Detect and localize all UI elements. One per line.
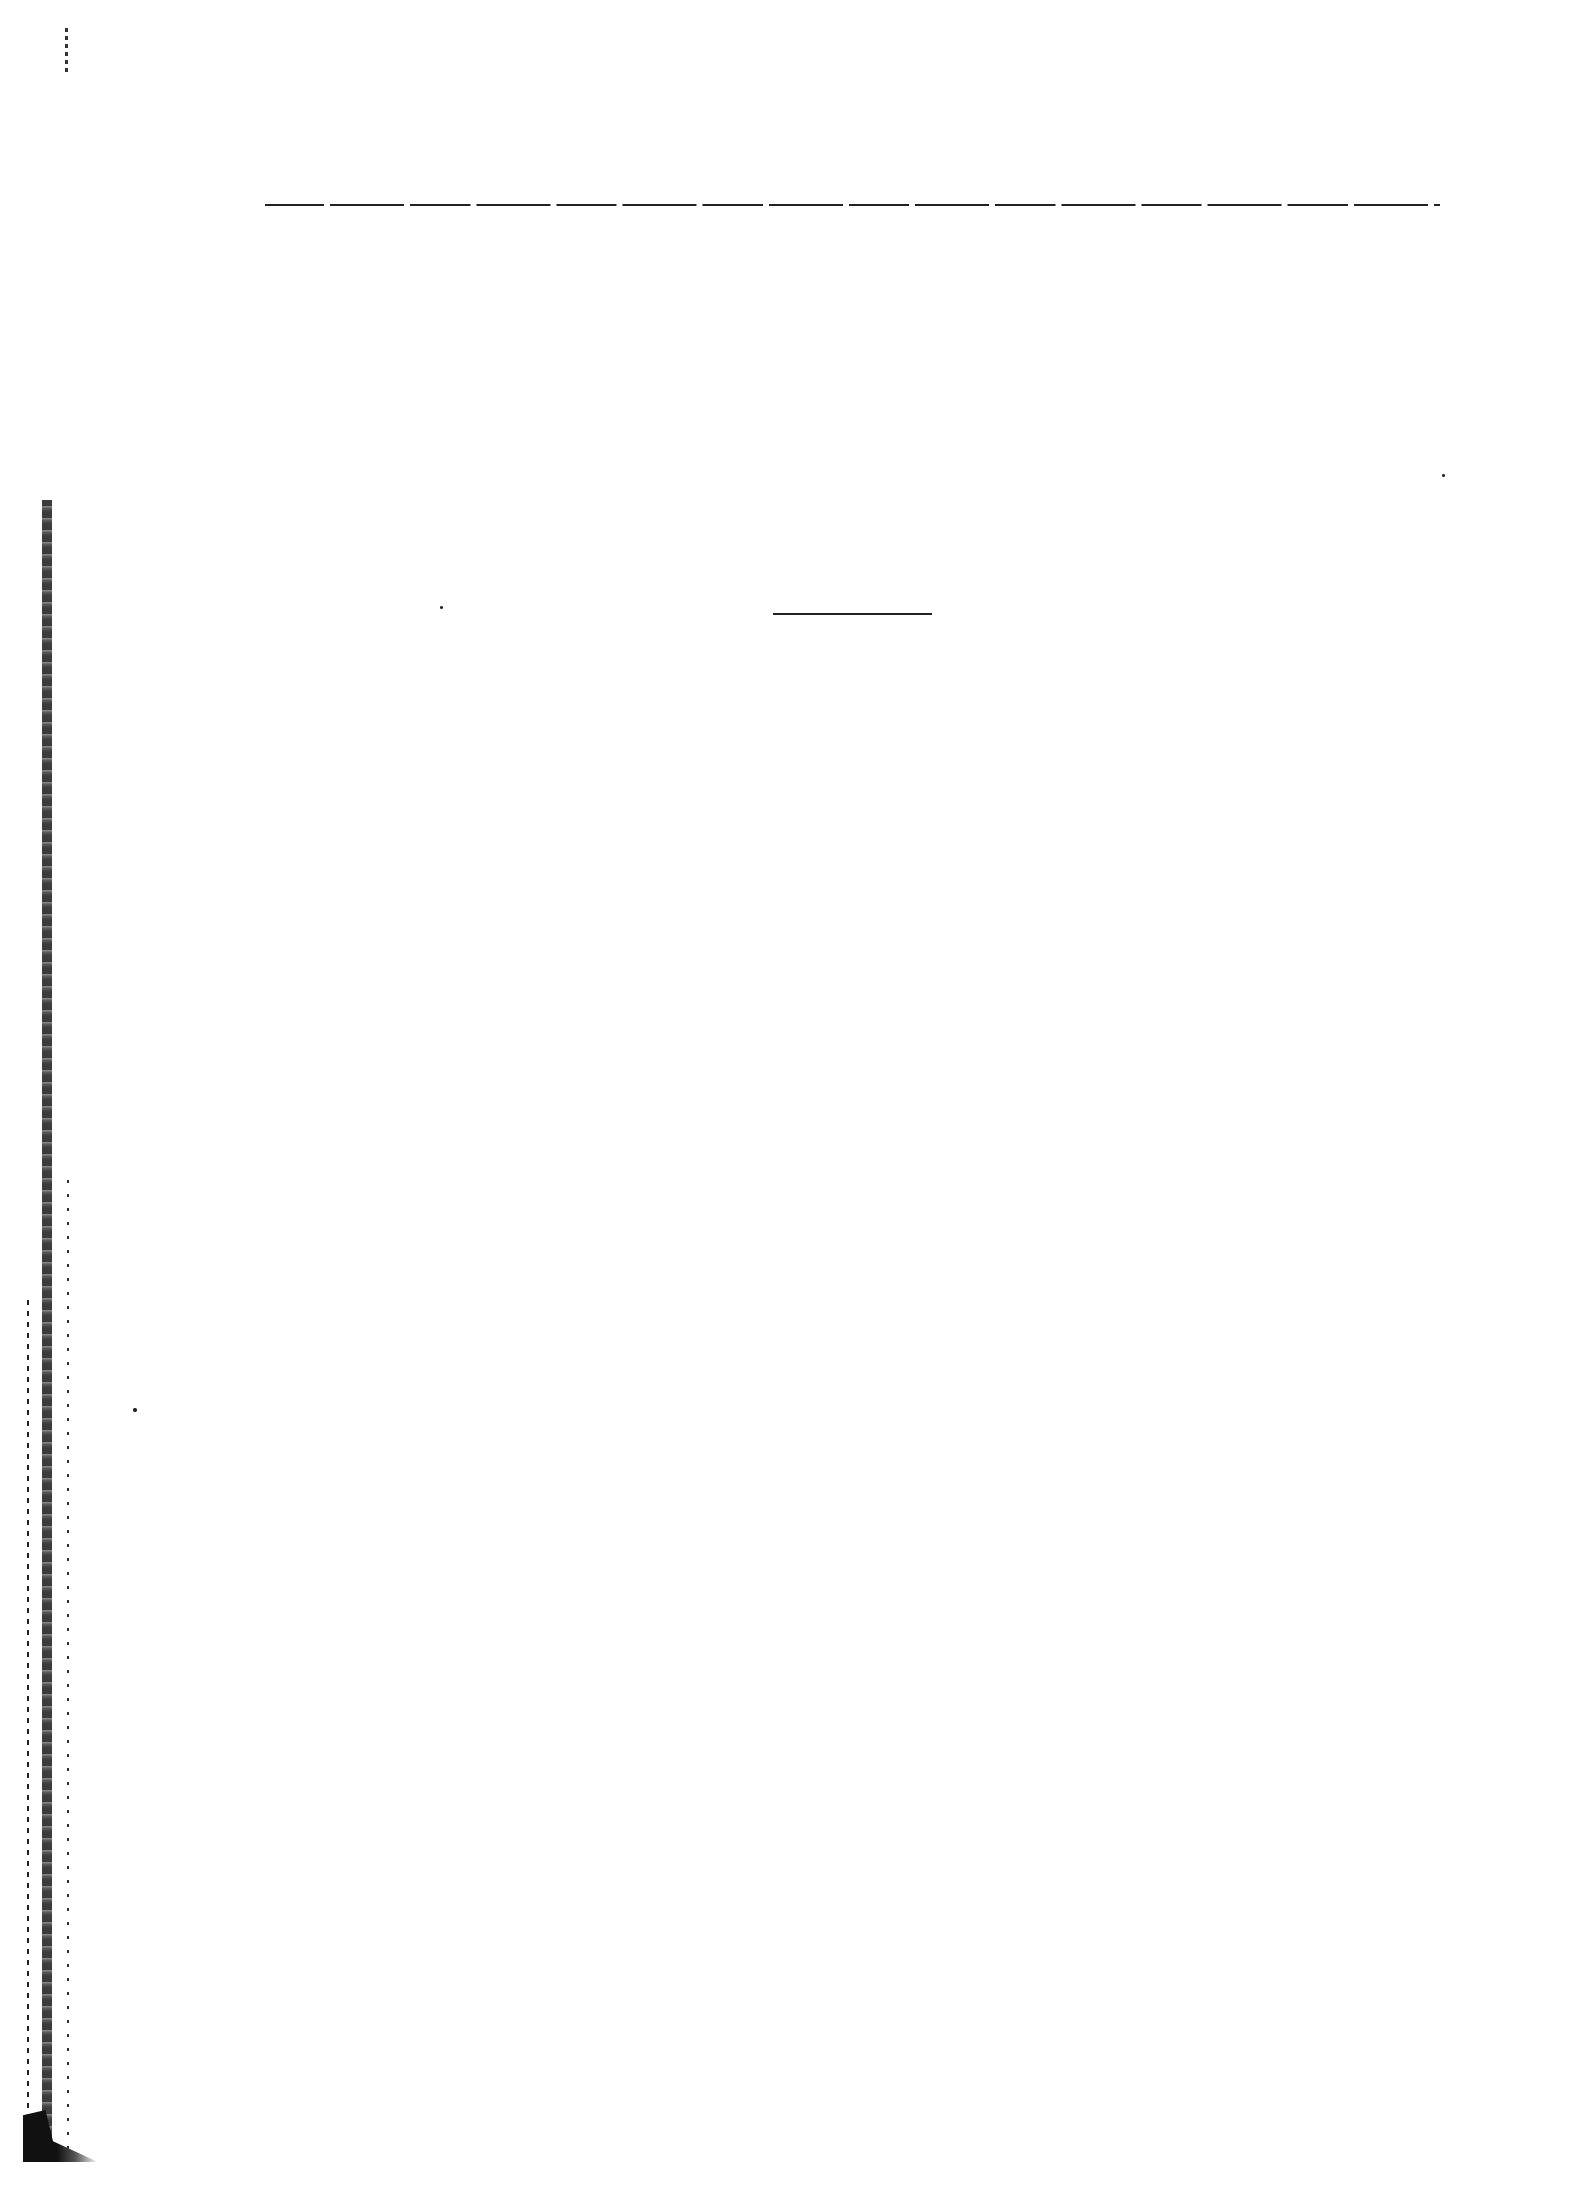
- scan-binding-edge-top: [65, 28, 68, 73]
- scan-speck: [440, 606, 443, 609]
- scan-binding-edge-line: [67, 1180, 69, 2160]
- scan-speck: [133, 1408, 137, 1412]
- scan-binding-edge: [42, 500, 52, 2160]
- scan-speck: [1442, 474, 1445, 477]
- header-rule: [265, 204, 1440, 206]
- scan-binding-edge-line: [27, 1300, 29, 2160]
- scan-binding-corner-shadow: [23, 2110, 98, 2162]
- section-separator: [773, 613, 932, 615]
